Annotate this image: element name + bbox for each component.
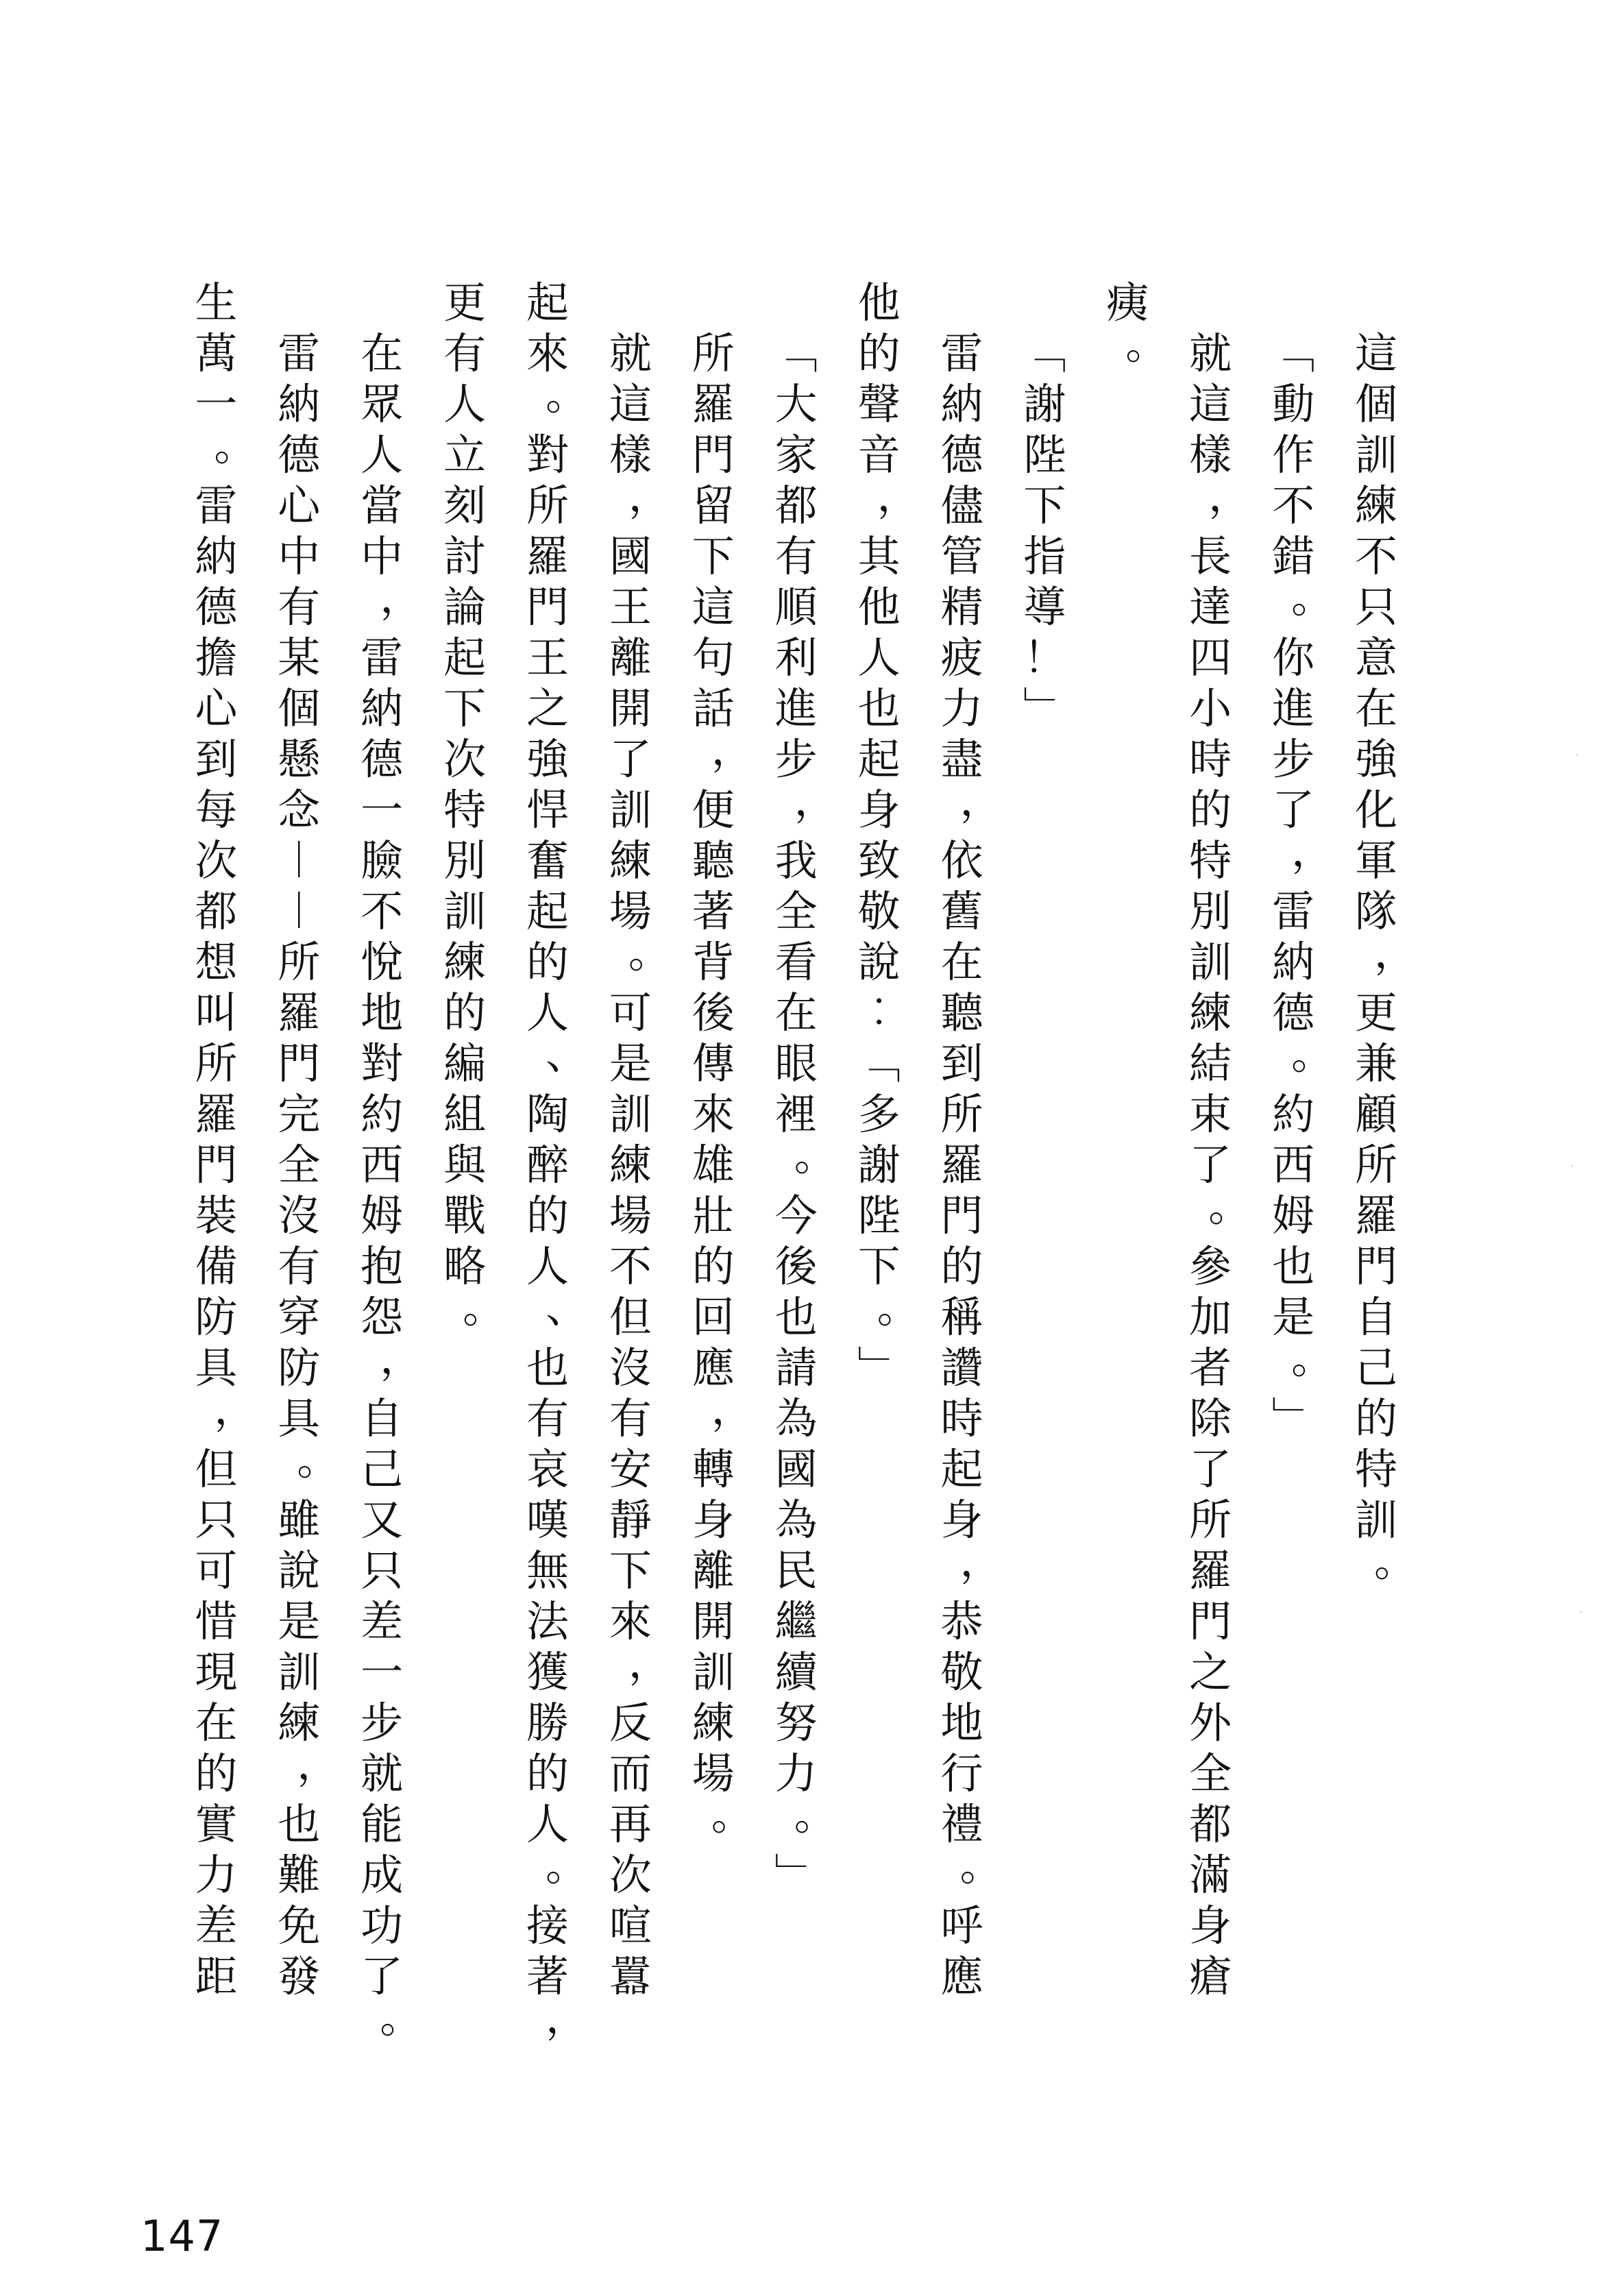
character: 但 (608, 1292, 653, 1343)
character: 達 (1188, 582, 1233, 633)
character: 德 (193, 582, 238, 633)
character: 家 (774, 430, 819, 480)
character: 的 (442, 988, 487, 1038)
character: 這 (1188, 379, 1233, 430)
character: 門 (1354, 1241, 1399, 1292)
character: 陶 (525, 1089, 570, 1140)
character: 臉 (359, 835, 404, 886)
character: 某 (276, 633, 321, 683)
character: 指 (1022, 531, 1067, 582)
character: 一 (359, 1647, 404, 1698)
character: 今 (774, 1190, 819, 1241)
character: 反 (608, 1698, 653, 1748)
character: 後 (691, 988, 736, 1038)
character: 只 (193, 1495, 238, 1546)
character: 納 (193, 531, 238, 582)
text-column: 更有人立刻討論起下次特別訓練的編組與戰略。 (442, 278, 487, 1343)
character: 身 (1188, 1901, 1233, 1951)
character: 參 (1188, 1241, 1233, 1292)
character: 能 (359, 1799, 404, 1850)
character: 嘆 (525, 1495, 570, 1546)
character: 依 (940, 835, 985, 886)
character: 的 (940, 1241, 985, 1292)
character: 醉 (525, 1140, 570, 1190)
character: 轉 (691, 1444, 736, 1495)
character: 立 (442, 430, 487, 480)
character: 之 (525, 683, 570, 734)
punctuation: 。 (276, 1444, 321, 1495)
character: 回 (691, 1292, 736, 1343)
character: 念 (276, 785, 321, 835)
punctuation: 。 (940, 1850, 985, 1901)
character: 羅 (691, 379, 736, 430)
character: 地 (940, 1698, 985, 1748)
character: 利 (774, 633, 819, 683)
character: 瘡 (1188, 1951, 1233, 2002)
punctuation: ， (608, 1647, 653, 1698)
character: 門 (691, 430, 736, 480)
punctuation: ， (359, 582, 404, 633)
character: 聲 (857, 379, 902, 430)
text-column: ﹁動作不錯。你進步了，雷納德。約西姆也是。﹂ (1271, 278, 1316, 1444)
character: 民 (774, 1546, 819, 1596)
character: 羅 (525, 531, 570, 582)
character: 眼 (774, 1038, 819, 1089)
character: 練 (1354, 480, 1399, 531)
character: 意 (1354, 633, 1399, 683)
character: 的 (691, 1241, 736, 1292)
character: 了 (608, 734, 653, 785)
character: 備 (193, 1241, 238, 1292)
character: 納 (940, 379, 985, 430)
punctuation: ， (940, 1546, 985, 1596)
character: 約 (359, 1089, 404, 1140)
character: 的 (857, 328, 902, 379)
character: 步 (1271, 734, 1316, 785)
character: 的 (193, 1748, 238, 1799)
character: 練 (608, 835, 653, 886)
character: 刻 (442, 480, 487, 531)
character: 國 (608, 531, 653, 582)
character: 我 (774, 835, 819, 886)
character: 訓 (1188, 937, 1233, 988)
character: 起 (940, 1444, 985, 1495)
character: 離 (691, 1546, 736, 1596)
character: 全 (774, 886, 819, 937)
character: 次 (442, 734, 487, 785)
indent-space (1022, 278, 1067, 328)
character: 束 (1188, 1089, 1233, 1140)
character: 西 (1271, 1140, 1316, 1190)
character: 結 (1188, 1038, 1233, 1089)
character: 有 (525, 1393, 570, 1444)
punctuation: ﹂ (857, 1343, 902, 1393)
punctuation: ︱ (276, 835, 321, 886)
character: 小 (1188, 683, 1233, 734)
character: 戰 (442, 1190, 487, 1241)
character: 西 (359, 1140, 404, 1190)
character: 外 (1188, 1698, 1233, 1748)
punctuation: ﹂ (1022, 683, 1067, 734)
character: 便 (691, 785, 736, 835)
character: 對 (525, 430, 570, 480)
punctuation: ！ (1022, 633, 1067, 683)
character: 無 (525, 1546, 570, 1596)
character: 了 (1188, 1444, 1233, 1495)
character: 雷 (1271, 886, 1316, 937)
character: 但 (193, 1444, 238, 1495)
character: 納 (1271, 937, 1316, 988)
indent-space (1354, 278, 1399, 328)
character: 德 (359, 734, 404, 785)
character: 傳 (691, 1038, 736, 1089)
character: 當 (359, 480, 404, 531)
character: 說 (857, 937, 902, 988)
character: 與 (442, 1140, 487, 1190)
character: 軍 (1354, 835, 1399, 886)
character: 訓 (608, 785, 653, 835)
punctuation: 。 (774, 1140, 819, 1190)
character: 門 (193, 1140, 238, 1190)
character: 看 (774, 937, 819, 988)
punctuation: ， (1354, 937, 1399, 988)
punctuation: 。 (608, 937, 653, 988)
character: 所 (276, 937, 321, 988)
character: 國 (774, 1444, 819, 1495)
text-column: 雷納德心中有某個懸念︱︱所羅門完全沒有穿防具。雖說是訓練，也難免發 (276, 278, 321, 2002)
text-column: 這個訓練不只意在強化軍隊，更兼顧所羅門自己的特訓。 (1354, 278, 1399, 1596)
character: 對 (359, 1038, 404, 1089)
character: 每 (193, 785, 238, 835)
character: 大 (774, 379, 819, 430)
character: 聽 (691, 835, 736, 886)
scan-speck (1571, 1165, 1573, 1167)
character: 惜 (193, 1596, 238, 1647)
character: 讚 (940, 1343, 985, 1393)
character: 呼 (940, 1901, 985, 1951)
character: 之 (1188, 1647, 1233, 1698)
character: 顧 (1354, 1089, 1399, 1140)
character: 進 (774, 683, 819, 734)
indent-space (359, 278, 404, 328)
character: 心 (276, 480, 321, 531)
character: 論 (442, 582, 487, 633)
character: 敬 (857, 886, 902, 937)
character: 門 (940, 1190, 985, 1241)
character: 己 (1354, 1343, 1399, 1393)
character: 姆 (359, 1190, 404, 1241)
character: 所 (691, 328, 736, 379)
character: 次 (193, 835, 238, 886)
character: 差 (193, 1901, 238, 1951)
character: 又 (359, 1495, 404, 1546)
punctuation: 。 (1271, 1038, 1316, 1089)
character: 應 (940, 1951, 985, 2002)
text-column: 起來。對所羅門王之強悍奮起的人、陶醉的人、也有哀嘆無法獲勝的人。接著， (525, 278, 570, 2053)
punctuation: ， (691, 734, 736, 785)
character: 請 (774, 1343, 819, 1393)
character: 訓 (442, 886, 487, 937)
character: 儘 (940, 480, 985, 531)
punctuation: ， (193, 1393, 238, 1444)
character: 悍 (525, 785, 570, 835)
character: 個 (1354, 379, 1399, 430)
character: 羅 (1354, 1190, 1399, 1241)
character: 自 (1354, 1292, 1399, 1343)
text-column: 在眾人當中，雷納德一臉不悅地對約西姆抱怨，自己又只差一步就能成功了。 (359, 278, 404, 2053)
character: 門 (525, 582, 570, 633)
text-column: ﹁大家都有順利進步，我全看在眼裡。今後也請為國為民繼續努力。﹂ (774, 278, 819, 1901)
punctuation: ， (525, 2002, 570, 2053)
character: 可 (608, 988, 653, 1038)
character: 行 (940, 1748, 985, 1799)
character: 生 (193, 278, 238, 328)
character: 進 (1271, 683, 1316, 734)
punctuation: 。 (359, 2002, 404, 2053)
character: 中 (276, 531, 321, 582)
punctuation: ﹂ (1271, 1393, 1316, 1444)
punctuation: ︰ (857, 988, 902, 1038)
character: 不 (608, 1241, 653, 1292)
character: 著 (691, 886, 736, 937)
character: 地 (359, 988, 404, 1038)
character: 起 (525, 278, 570, 328)
character: 自 (359, 1393, 404, 1444)
character: 發 (276, 1951, 321, 2002)
character: 其 (857, 531, 902, 582)
character: 次 (608, 1850, 653, 1901)
character: 滿 (1188, 1850, 1233, 1901)
character: 雷 (193, 480, 238, 531)
character: 恭 (940, 1596, 985, 1647)
character: 下 (1022, 480, 1067, 531)
punctuation: ， (774, 785, 819, 835)
character: 在 (359, 328, 404, 379)
punctuation: ， (857, 480, 902, 531)
character: 人 (857, 633, 902, 683)
punctuation: 。 (691, 1799, 736, 1850)
character: 免 (276, 1901, 321, 1951)
character: 不 (359, 886, 404, 937)
character: 陛 (1022, 430, 1067, 480)
character: 距 (193, 1951, 238, 2002)
character: 為 (774, 1393, 819, 1444)
character: 為 (774, 1495, 819, 1546)
character: 所 (1354, 1140, 1399, 1190)
character: 姆 (1271, 1190, 1316, 1241)
punctuation: 。 (1271, 582, 1316, 633)
character: 長 (1188, 531, 1233, 582)
character: 努 (774, 1698, 819, 1748)
character: 防 (193, 1292, 238, 1343)
character: 王 (525, 633, 570, 683)
character: 所 (940, 1089, 985, 1140)
punctuation: ， (359, 1343, 404, 1393)
punctuation: ﹁ (857, 1038, 902, 1089)
character: 也 (525, 1343, 570, 1393)
character: 時 (940, 1393, 985, 1444)
character: 編 (442, 1038, 487, 1089)
character: 己 (359, 1444, 404, 1495)
character: 壯 (691, 1190, 736, 1241)
character: 納 (359, 683, 404, 734)
character: 後 (774, 1241, 819, 1292)
punctuation: 。 (1271, 1343, 1316, 1393)
character: 有 (276, 582, 321, 633)
character: 都 (1188, 1799, 1233, 1850)
indent-space (1188, 278, 1233, 328)
character: 所 (1188, 1495, 1233, 1546)
scan-speck (1576, 754, 1578, 756)
punctuation: ﹁ (1271, 328, 1316, 379)
character: 練 (442, 937, 487, 988)
character: 勝 (525, 1698, 570, 1748)
character: 穿 (276, 1292, 321, 1343)
character: 的 (1188, 785, 1233, 835)
character: 功 (359, 1901, 404, 1951)
character: 成 (359, 1850, 404, 1901)
text-column: 所羅門留下這句話，便聽著背後傳來雄壯的回應，轉身離開訓練場。 (691, 278, 736, 1850)
character: 者 (1188, 1343, 1233, 1393)
character: 門 (1188, 1596, 1233, 1647)
character: 沒 (608, 1343, 653, 1393)
character: 心 (193, 683, 238, 734)
character: 也 (774, 1292, 819, 1343)
character: 萬 (193, 328, 238, 379)
character: 就 (608, 328, 653, 379)
character: 動 (1271, 379, 1316, 430)
character: 下 (691, 531, 736, 582)
punctuation: 、 (525, 1292, 570, 1343)
character: 在 (940, 937, 985, 988)
character: 悅 (359, 937, 404, 988)
punctuation: 。 (1354, 1546, 1399, 1596)
character: 都 (774, 480, 819, 531)
character: 四 (1188, 633, 1233, 683)
character: 有 (442, 328, 487, 379)
character: 德 (276, 430, 321, 480)
character: 兼 (1354, 1038, 1399, 1089)
character: 接 (525, 1901, 570, 1951)
character: 時 (1188, 734, 1233, 785)
punctuation: 。 (525, 1850, 570, 1901)
character: 陛 (857, 1190, 902, 1241)
character: 順 (774, 582, 819, 633)
character: 懸 (276, 734, 321, 785)
character: 精 (940, 582, 985, 633)
character: 致 (857, 835, 902, 886)
punctuation: 。 (857, 1292, 902, 1343)
character: 起 (857, 734, 902, 785)
character: 開 (691, 1596, 736, 1647)
character: 再 (608, 1799, 653, 1850)
character: 有 (608, 1393, 653, 1444)
punctuation: ， (1188, 480, 1233, 531)
character: 繼 (774, 1596, 819, 1647)
character: 開 (608, 683, 653, 734)
character: 強 (525, 734, 570, 785)
character: 防 (276, 1343, 321, 1393)
character: 下 (608, 1546, 653, 1596)
character: 想 (193, 937, 238, 988)
character: 裝 (193, 1190, 238, 1241)
character: 的 (525, 937, 570, 988)
character: 人 (442, 379, 487, 430)
character: 雷 (940, 328, 985, 379)
character: 的 (525, 1190, 570, 1241)
character: 哀 (525, 1444, 570, 1495)
character: 門 (276, 1038, 321, 1089)
punctuation: ﹁ (1022, 328, 1067, 379)
character: 一 (359, 785, 404, 835)
character: 討 (442, 531, 487, 582)
character: 續 (774, 1647, 819, 1698)
character: 實 (193, 1799, 238, 1850)
character: 是 (276, 1596, 321, 1647)
text-column: ﹁謝陛下指導！﹂ (1022, 278, 1067, 734)
character: 訓 (276, 1647, 321, 1698)
book-page: 這個訓練不只意在強化軍隊，更兼顧所羅門自己的特訓。﹁動作不錯。你進步了，雷納德。… (0, 0, 1603, 2296)
punctuation: ﹁ (774, 328, 819, 379)
character: 所 (525, 480, 570, 531)
character: 擔 (193, 633, 238, 683)
punctuation: 。 (774, 1799, 819, 1850)
character: 人 (359, 430, 404, 480)
character: 靜 (608, 1495, 653, 1546)
character: 說 (276, 1546, 321, 1596)
character: 不 (1271, 480, 1316, 531)
character: 身 (691, 1495, 736, 1546)
punctuation: ﹂ (774, 1850, 819, 1901)
character: 作 (1271, 430, 1316, 480)
character: 聽 (940, 988, 985, 1038)
character: 特 (1188, 835, 1233, 886)
character: 更 (1354, 988, 1399, 1038)
character: 雷 (276, 328, 321, 379)
character: 有 (276, 1241, 321, 1292)
character: 更 (442, 278, 487, 328)
character: 也 (1271, 1241, 1316, 1292)
character: 別 (1188, 886, 1233, 937)
character: 安 (608, 1444, 653, 1495)
character: 特 (442, 785, 487, 835)
indent-space (940, 278, 985, 328)
character: 到 (940, 1038, 985, 1089)
character: 約 (1271, 1089, 1316, 1140)
text-column: 就這樣，國王離開了訓練場。可是訓練場不但沒有安靜下來，反而再次喧囂 (608, 278, 653, 2002)
page-number: 147 (140, 2215, 223, 2258)
character: 你 (1271, 633, 1316, 683)
punctuation: 。 (193, 430, 238, 480)
indent-space (1271, 278, 1316, 328)
character: 眾 (359, 379, 404, 430)
character: 句 (691, 633, 736, 683)
character: 不 (1354, 531, 1399, 582)
character: 謝 (857, 1140, 902, 1190)
character: 練 (1188, 988, 1233, 1038)
scan-speck (1580, 1611, 1582, 1613)
character: 加 (1188, 1292, 1233, 1343)
character: 場 (608, 1190, 653, 1241)
character: 訓 (1354, 430, 1399, 480)
character: 完 (276, 1089, 321, 1140)
character: 在 (1354, 683, 1399, 734)
indent-space (691, 278, 736, 328)
character: 全 (276, 1140, 321, 1190)
character: 而 (608, 1748, 653, 1799)
character: 抱 (359, 1241, 404, 1292)
character: 起 (442, 633, 487, 683)
